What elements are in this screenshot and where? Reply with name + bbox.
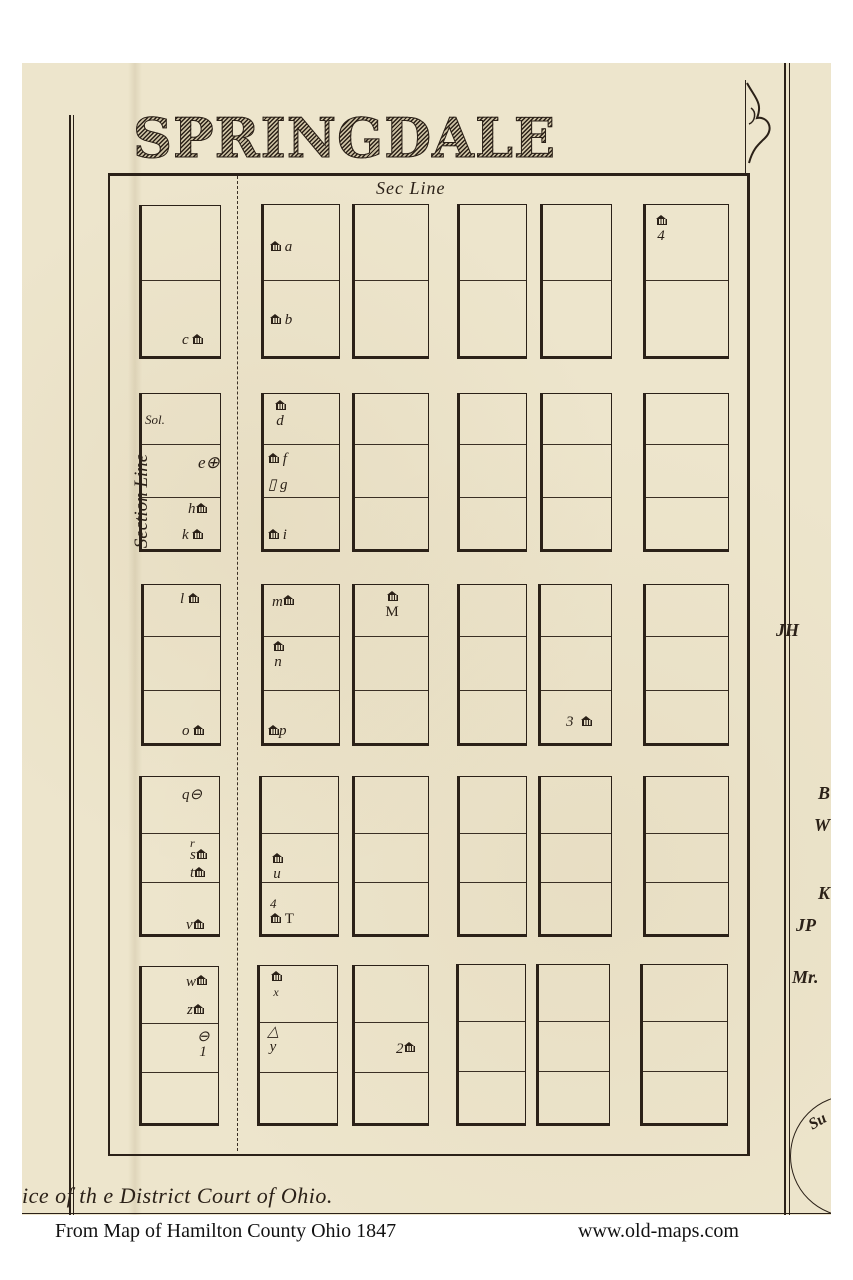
block-r3-c4 [457,584,527,746]
block-r2-c5 [540,393,612,552]
lot-label-h: h [188,502,207,517]
house-icon [270,314,281,324]
lot-label-4: 4 [654,214,668,244]
lot-label-y: △y [267,1025,279,1055]
right-edge-label-k: K [818,883,830,904]
lot-label-sol: Sol. [145,412,165,427]
town-title: SPRINGDALE [133,110,556,166]
block-r1-c3 [352,204,429,359]
house-icon [270,241,281,251]
lot-label-i: i [268,528,287,543]
house-icon [271,971,282,981]
house-icon [193,919,204,929]
lot-label-2: 2 [396,1042,415,1057]
lot-label-t: t [190,866,205,881]
right-edge-label-mr: Mr. [792,967,819,988]
church-icon [387,591,398,601]
block-r1-c2 [261,204,340,359]
block-r5-c3 [352,965,429,1126]
website-link[interactable]: www.old-maps.com [578,1220,739,1243]
lot-label-o: o [182,724,204,739]
lot-label-e: e⊕ [198,455,220,470]
lot-label-q: q⊖ [182,788,202,803]
house-icon [275,400,286,410]
lot-label-v: v [186,918,204,933]
right-edge-label-b: B [818,783,830,804]
block-r4-c4 [457,776,527,937]
lot-label-b: b [270,313,292,328]
lot-label-m: m [272,595,294,610]
house-icon [196,975,207,985]
block-r1-c4 [457,204,527,359]
block-r4-c1 [139,776,220,937]
district-court-text: ice of th e District Court of Ohio. [22,1183,333,1209]
lot-label-s: s [190,848,207,863]
left-section-line-outer [69,115,71,1215]
block-r5-c5 [536,964,610,1126]
block-r5-c6 [640,964,728,1126]
block-r3-c1 [141,584,221,746]
lot-label-n: n [272,640,284,670]
house-icon [270,913,281,923]
lot-label-T: 4 T [270,896,294,927]
house-icon [268,529,279,539]
lot-label-w: w [186,975,207,990]
house-icon [194,867,205,877]
house-icon [192,529,203,539]
block-r2-c3 [352,393,429,552]
right-edge-label-w: W [814,815,830,836]
house-icon [193,1004,204,1014]
block-r1-c5 [540,204,612,359]
house-icon [193,725,204,735]
house-icon [273,641,284,651]
house-icon [404,1042,415,1052]
house-icon [196,849,207,859]
survey-circle-clip: Su [785,1095,831,1215]
block-r3-c6 [643,584,729,746]
block-r4-c3 [352,776,429,937]
lot-label-3: 3 [566,715,592,730]
lot-label-p: p [268,724,287,739]
survey-circle-arc [790,1095,831,1215]
ornament-flourish-icon [745,78,775,168]
house-icon [196,503,207,513]
house-icon [268,725,279,735]
bottom-court-underline [22,1213,831,1214]
lot-label-z: z [187,1003,204,1018]
right-edge-label-jh: JH [776,620,799,641]
house-icon [581,716,592,726]
block-r1-c1 [139,205,221,359]
lot-label-d: d [272,399,288,429]
house-icon [188,593,199,603]
house-icon [268,453,279,463]
left-section-line-inner [73,115,74,1215]
house-icon [283,595,294,605]
lot-label-u: u [271,852,283,882]
block-r2-c6 [643,393,729,552]
lot-label-c: c [182,333,203,348]
house-icon [656,215,667,225]
house-icon [272,853,283,863]
lot-label-k: k [182,528,203,543]
top-section-line-label: Sec Line [376,178,445,199]
lot-label-x: x [267,970,285,1000]
lot-label-a: a [270,240,292,255]
lot-label-l: l [180,592,199,607]
dashed-road-line [237,176,238,1151]
lot-label-M-church: M [381,590,403,620]
lot-label-1: ⊖1 [197,1030,209,1060]
lot-label-g: ▯ g [268,478,288,493]
block-r4-c6 [643,776,729,937]
block-r2-c4 [457,393,527,552]
block-r4-c5 [538,776,612,937]
block-r5-c4 [456,964,526,1126]
source-caption: From Map of Hamilton County Ohio 1847 [55,1220,396,1243]
house-icon [192,334,203,344]
lot-label-f: f [268,452,287,467]
right-edge-label-jp: JP [796,915,816,936]
